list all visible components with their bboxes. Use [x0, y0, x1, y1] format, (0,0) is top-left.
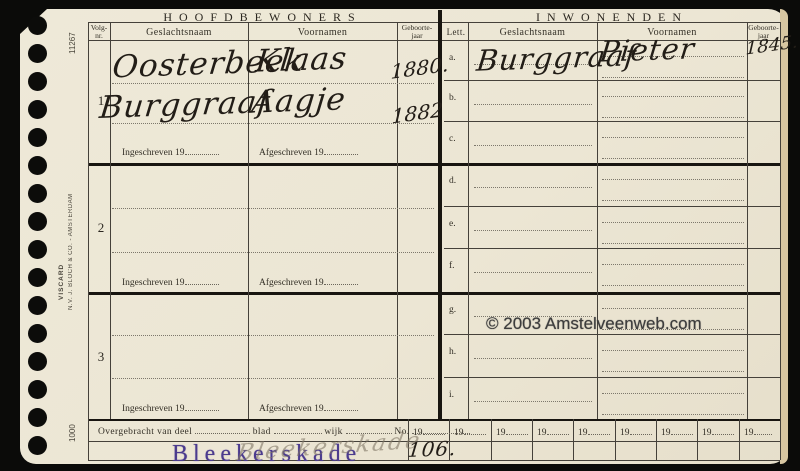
dotted-leader: [324, 402, 358, 411]
writing-rule: [602, 308, 744, 309]
column-header-volgnr-line2: nr.: [95, 31, 103, 40]
registered-label-text: Ingeschreven 19: [122, 404, 185, 414]
punch-hole: [28, 436, 47, 455]
punch-hole: [28, 100, 47, 119]
writing-rule: [602, 371, 744, 372]
dotted-leader: [547, 426, 569, 435]
handwritten-firstnames: Pieter: [598, 31, 697, 68]
writing-rule: [602, 200, 744, 201]
handwritten-surname: Burggraaf: [98, 84, 272, 126]
year-column-label: 19: [744, 428, 754, 438]
printer-company-text: N.V. J. BLOCH & CO. - AMSTERDAM: [68, 140, 74, 310]
writing-rule: [602, 179, 744, 180]
dotted-leader: [671, 426, 693, 435]
writing-rule: [112, 335, 434, 336]
column-header-volgnr: Volg- nr.: [88, 24, 110, 40]
punch-hole: [28, 324, 47, 343]
row-letter-c: c.: [449, 134, 456, 144]
writing-rule: [112, 252, 434, 253]
year-column-header: 19: [744, 426, 772, 438]
writing-rule: [474, 401, 592, 402]
dotted-leader: [195, 425, 250, 434]
writing-rule: [474, 230, 592, 231]
column-header-letter: Lett.: [443, 27, 469, 37]
grid-line: [468, 22, 469, 419]
grid-line: [88, 22, 780, 23]
year-column-label: 19: [702, 428, 712, 438]
punch-hole: [28, 72, 47, 91]
deregistered-label: Afgeschreven 19: [259, 402, 358, 414]
punch-hole: [28, 352, 47, 371]
dotted-leader: [274, 425, 322, 434]
dotted-leader: [185, 402, 219, 411]
writing-rule: [474, 187, 592, 188]
deregistered-label-text: Afgeschreven 19: [259, 404, 324, 414]
writing-rule: [474, 145, 592, 146]
handwritten-firstnames: Aagje: [250, 81, 348, 120]
row-letter-h: h.: [449, 347, 456, 357]
card-edge: [780, 9, 788, 464]
dotted-leader: [423, 426, 445, 435]
dotted-leader: [185, 146, 219, 155]
transfer-label-deel: Overgebracht van deel: [98, 427, 192, 437]
writing-rule: [602, 264, 744, 265]
row-letter-e: e.: [449, 219, 456, 229]
dotted-leader: [754, 426, 772, 435]
deregistered-label-text: Afgeschreven 19: [259, 148, 324, 158]
grid-line: [248, 22, 249, 419]
year-column-label: 19: [620, 428, 630, 438]
dotted-leader: [324, 276, 358, 285]
year-column-label: 19: [661, 428, 671, 438]
row-letter-d: d.: [449, 176, 456, 186]
stock-number-text: 1000: [68, 406, 77, 442]
grid-line: [656, 419, 657, 460]
transfer-label-blad: blad: [253, 427, 271, 437]
writing-rule: [602, 414, 744, 415]
writing-rule: [602, 393, 744, 394]
punch-hole: [28, 268, 47, 287]
grid-line: [88, 419, 780, 421]
dotted-leader: [506, 426, 528, 435]
grid-line: [573, 419, 574, 460]
row-letter-i: i.: [449, 390, 454, 400]
deregistered-label: Afgeschreven 19: [259, 276, 358, 288]
grid-line: [444, 80, 780, 81]
year-column-header: 19: [702, 426, 734, 438]
grid-line: [444, 206, 780, 207]
punch-hole: [28, 16, 47, 35]
writing-rule: [474, 272, 592, 273]
year-column-header: 19: [496, 426, 528, 438]
punch-hole: [28, 184, 47, 203]
dotted-leader: [324, 146, 358, 155]
year-column-header: 19: [661, 426, 693, 438]
grid-line: [747, 22, 748, 419]
scanned-register-card-page: 11267 VISCARD N.V. J. BLOCH & CO. - AMST…: [0, 0, 800, 471]
punch-hole: [28, 128, 47, 147]
writing-rule: [602, 117, 744, 118]
registered-label-text: Ingeschreven 19: [122, 278, 185, 288]
punch-hole: [28, 408, 47, 427]
grid-line: [597, 22, 598, 419]
punch-hole: [28, 212, 47, 231]
punch-hole: [28, 240, 47, 259]
dotted-leader: [185, 276, 219, 285]
grid-line: [444, 334, 780, 335]
year-column-header: 19: [537, 426, 569, 438]
writing-rule: [112, 208, 434, 209]
writing-rule: [474, 104, 592, 105]
column-header-surname-left: Geslachtsnaam: [110, 27, 248, 38]
dotted-leader: [464, 426, 486, 435]
writing-rule: [602, 158, 744, 159]
row-letter-f: f.: [449, 261, 455, 271]
punch-hole: [28, 156, 47, 175]
writing-rule: [474, 358, 592, 359]
year-column-label: 19: [537, 428, 547, 438]
row-letter-g: g.: [449, 305, 456, 315]
year-column-label: 19: [496, 428, 506, 438]
handwritten-house-number: 106.: [407, 436, 458, 462]
writing-rule: [602, 222, 744, 223]
copyright-watermark: © 2003 Amstelveenweb.com: [486, 314, 702, 334]
punch-hole: [28, 296, 47, 315]
row-letter-a: a.: [449, 53, 456, 63]
punch-hole: [28, 380, 47, 399]
block-number-2: 2: [93, 220, 109, 236]
writing-rule: [602, 243, 744, 244]
dotted-leader: [712, 426, 734, 435]
year-column-header: 19: [620, 426, 652, 438]
deregistered-label: Afgeschreven 19: [259, 146, 358, 158]
deregistered-label-text: Afgeschreven 19: [259, 278, 324, 288]
registered-label: Ingeschreven 19: [122, 402, 219, 414]
registered-label: Ingeschreven 19: [122, 146, 219, 158]
punch-hole: [28, 44, 47, 63]
serial-number-text: 11267: [68, 12, 77, 54]
writing-rule: [602, 96, 744, 97]
grid-line: [697, 419, 698, 460]
grid-line: [88, 163, 780, 166]
grid-line: [444, 248, 780, 249]
writing-rule: [602, 350, 744, 351]
year-column-label: 19: [578, 428, 588, 438]
dotted-leader: [630, 426, 652, 435]
handwritten-firstnames: Klaas: [254, 40, 349, 79]
grid-line: [739, 419, 740, 460]
column-header-birthyear-left: Geboorte- jaar: [397, 24, 437, 40]
grid-line: [88, 292, 780, 295]
dotted-leader: [588, 426, 610, 435]
grid-line: [444, 377, 780, 378]
grid-line: [88, 22, 89, 460]
writing-rule: [602, 77, 744, 78]
column-header-surname-right: Geslachtsnaam: [468, 27, 597, 38]
registered-label-text: Ingeschreven 19: [122, 148, 185, 158]
year-column-header: 19: [578, 426, 610, 438]
grid-line: [444, 121, 780, 122]
year-column-header: 19: [454, 426, 486, 438]
grid-line: [491, 419, 492, 460]
writing-rule: [602, 285, 744, 286]
printer-brand-text: VISCARD: [58, 150, 65, 300]
grid-line: [615, 419, 616, 460]
writing-rule: [112, 378, 434, 379]
column-header-firstnames-left: Voornamen: [248, 27, 397, 38]
grid-line: [780, 22, 781, 460]
registered-label: Ingeschreven 19: [122, 276, 219, 288]
row-letter-b: b.: [449, 93, 456, 103]
writing-rule: [602, 137, 744, 138]
block-number-3: 3: [93, 349, 109, 365]
column-header-birthyear-left-line2: jaar: [411, 31, 422, 40]
grid-line: [532, 419, 533, 460]
